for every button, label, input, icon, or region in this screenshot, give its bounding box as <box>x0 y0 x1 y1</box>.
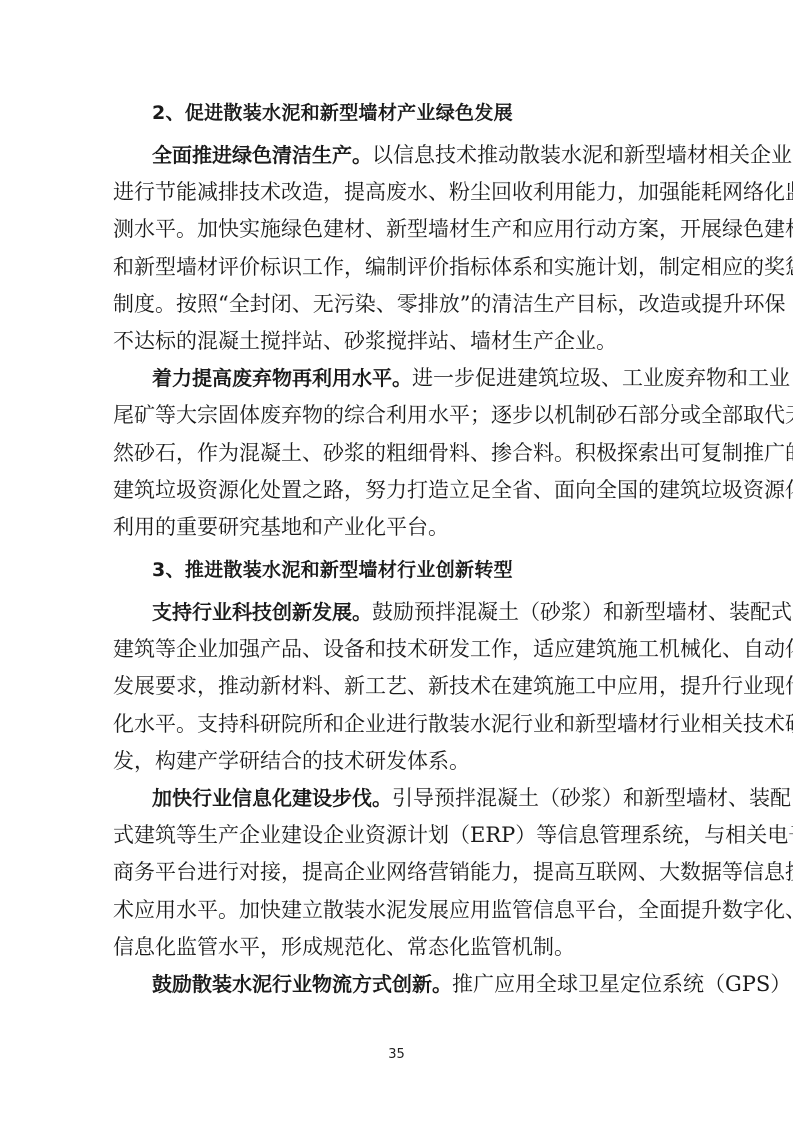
paragraph-text: 进一步促进建筑垃圾、工业废弃物和工业 <box>412 366 790 390</box>
paragraph-logistics-innovation: 鼓励散装水泥行业物流方式创新。推广应用全球卫星定位系统（GPS） <box>113 966 745 1003</box>
section-heading-2: 2、促进散装水泥和新型墙材产业绿色发展 <box>113 95 745 131</box>
document-page: 2、促进散装水泥和新型墙材产业绿色发展 全面推进绿色清洁生产。以信息技术推动散装… <box>0 0 793 1122</box>
paragraph-lead: 着力提高废弃物再利用水平。 <box>152 366 412 390</box>
paragraph-line: 式建筑等生产企业建设企业资源计划（ERP）等信息管理系统，与相关电子 <box>113 817 745 854</box>
paragraph-text: 以信息技术推动散装水泥和新型墙材相关企业 <box>372 143 792 167</box>
paragraph-line: 制度。按照“全封闭、无污染、零排放”的清洁生产目标，改造或提升环保 <box>113 286 745 323</box>
paragraph-line: 商务平台进行对接，提高企业网络营销能力，提高互联网、大数据等信息技 <box>113 854 745 891</box>
paragraph-tech-innovation: 支持行业科技创新发展。鼓励预拌混凝土（砂浆）和新型墙材、装配式 建筑等企业加强产… <box>113 594 745 780</box>
paragraph-line: 不达标的混凝土搅拌站、砂浆搅拌站、墙材生产企业。 <box>113 323 745 360</box>
paragraph-waste-reuse: 着力提高废弃物再利用水平。进一步促进建筑垃圾、工业废弃物和工业 尾矿等大宗固体废… <box>113 360 745 546</box>
paragraph-green-clean-production: 全面推进绿色清洁生产。以信息技术推动散装水泥和新型墙材相关企业 进行节能减排技术… <box>113 137 745 360</box>
paragraph-line: 利用的重要研究基地和产业化平台。 <box>113 509 745 546</box>
paragraph-informatization: 加快行业信息化建设步伐。引导预拌混凝土（砂浆）和新型墙材、装配 式建筑等生产企业… <box>113 780 745 966</box>
paragraph-lead: 支持行业科技创新发展。 <box>152 600 372 624</box>
paragraph-line: 和新型墙材评价标识工作，编制评价指标体系和实施计划，制定相应的奖惩 <box>113 249 745 286</box>
paragraph-line: 进行节能减排技术改造，提高废水、粉尘回收利用能力，加强能耗网络化监 <box>113 174 745 211</box>
page-number: 35 <box>0 1047 793 1062</box>
paragraph-line: 建筑等企业加强产品、设备和技术研发工作，适应建筑施工机械化、自动化 <box>113 631 745 668</box>
paragraph-text: 推广应用全球卫星定位系统（GPS） <box>452 972 791 996</box>
paragraph-line: 然砂石，作为混凝土、砂浆的粗细骨料、掺合料。积极探索出可复制推广的 <box>113 435 745 472</box>
paragraph-text: 鼓励预拌混凝土（砂浆）和新型墙材、装配式 <box>372 600 792 624</box>
paragraph-line: 发，构建产学研结合的技术研发体系。 <box>113 743 745 780</box>
paragraph-line: 全面推进绿色清洁生产。以信息技术推动散装水泥和新型墙材相关企业 <box>113 137 745 174</box>
paragraph-line: 信息化监管水平，形成规范化、常态化监管机制。 <box>113 929 745 966</box>
paragraph-line: 术应用水平。加快建立散装水泥发展应用监管信息平台，全面提升数字化、 <box>113 892 745 929</box>
paragraph-line: 着力提高废弃物再利用水平。进一步促进建筑垃圾、工业废弃物和工业 <box>113 360 745 397</box>
paragraph-line: 建筑垃圾资源化处置之路，努力打造立足全省、面向全国的建筑垃圾资源化 <box>113 472 745 509</box>
paragraph-text: 引导预拌混凝土（砂浆）和新型墙材、装配 <box>392 786 791 810</box>
paragraph-line: 加快行业信息化建设步伐。引导预拌混凝土（砂浆）和新型墙材、装配 <box>113 780 745 817</box>
paragraph-line: 鼓励散装水泥行业物流方式创新。推广应用全球卫星定位系统（GPS） <box>113 966 745 1003</box>
page-content: 2、促进散装水泥和新型墙材产业绿色发展 全面推进绿色清洁生产。以信息技术推动散装… <box>113 95 745 1003</box>
paragraph-line: 发展要求，推动新材料、新工艺、新技术在建筑施工中应用，提升行业现代 <box>113 668 745 705</box>
paragraph-lead: 加快行业信息化建设步伐。 <box>152 786 392 810</box>
section-heading-3: 3、推进散装水泥和新型墙材行业创新转型 <box>113 552 745 588</box>
paragraph-lead: 鼓励散装水泥行业物流方式创新。 <box>152 972 452 996</box>
paragraph-line: 化水平。支持科研院所和企业进行散装水泥行业和新型墙材行业相关技术研 <box>113 706 745 743</box>
paragraph-line: 测水平。加快实施绿色建材、新型墙材生产和应用行动方案，开展绿色建材 <box>113 211 745 248</box>
paragraph-line: 支持行业科技创新发展。鼓励预拌混凝土（砂浆）和新型墙材、装配式 <box>113 594 745 631</box>
paragraph-line: 尾矿等大宗固体废弃物的综合利用水平；逐步以机制砂石部分或全部取代天 <box>113 397 745 434</box>
paragraph-lead: 全面推进绿色清洁生产。 <box>152 143 372 167</box>
